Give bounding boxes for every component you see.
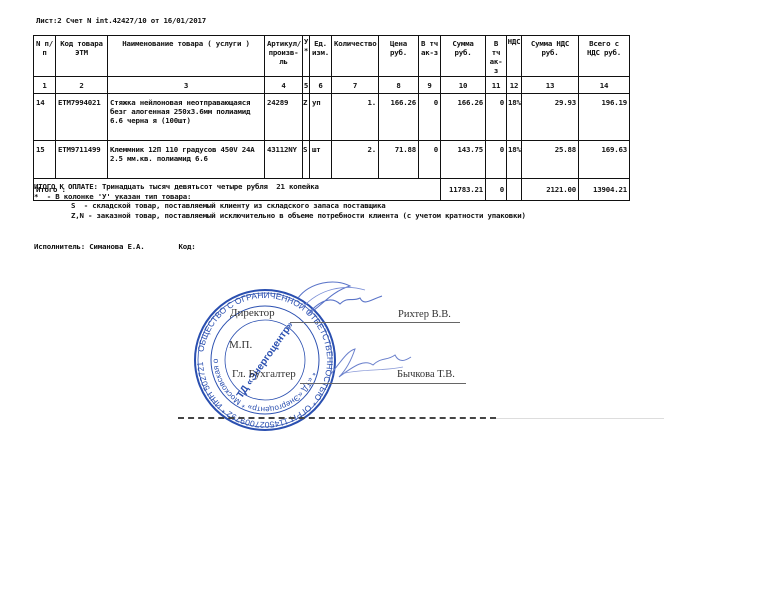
col-number: 14 bbox=[579, 77, 630, 94]
table-header-row: N п/п Код товара ЭТМ Наименование товара… bbox=[34, 36, 630, 77]
col-header: Сумма НДС руб. bbox=[522, 36, 579, 77]
col-header: Цена руб. bbox=[379, 36, 419, 77]
item-article: 43112NY bbox=[265, 141, 303, 179]
col-header: Код товара ЭТМ bbox=[56, 36, 108, 77]
item-excise-2: 0 bbox=[486, 141, 507, 179]
item-qty: 2. bbox=[332, 141, 379, 179]
item-unit: шт bbox=[310, 141, 332, 179]
accountant-signature-line bbox=[300, 383, 466, 384]
table-row: 15 ETM9711499 Клеммник 12П 110 градусов … bbox=[34, 141, 630, 179]
col-number: 13 bbox=[522, 77, 579, 94]
accountant-label: Гл. Бухгалтер bbox=[232, 368, 296, 380]
executor: Исполнитель: Симанова Е.А. bbox=[34, 242, 145, 251]
col-number: 10 bbox=[441, 77, 486, 94]
col-number: 6 bbox=[310, 77, 332, 94]
item-code: ETM9711499 bbox=[56, 141, 108, 179]
column-number-row: 1 2 3 4 5 6 7 8 9 10 11 12 13 14 bbox=[34, 77, 630, 94]
item-total: 169.63 bbox=[579, 141, 630, 179]
item-vat-sum: 25.88 bbox=[522, 141, 579, 179]
note-s: S - складской товар, поставляемый клиент… bbox=[34, 201, 526, 211]
item-name: Стяжка нейлоновая неотправающаяся безг а… bbox=[108, 94, 265, 141]
item-article: 24289 bbox=[265, 94, 303, 141]
col-number: 9 bbox=[419, 77, 441, 94]
col-header: Ед. изм. bbox=[310, 36, 332, 77]
invoice-header: Лист:2 Счет N int.42427/10 от 16/01/2017 bbox=[36, 16, 206, 25]
item-sum: 143.75 bbox=[441, 141, 486, 179]
col-number: 12 bbox=[507, 77, 522, 94]
director-name: Рихтер В.В. bbox=[398, 309, 451, 320]
col-number: 7 bbox=[332, 77, 379, 94]
item-total: 196.19 bbox=[579, 94, 630, 141]
amount-in-words: ИТОГО К ОПЛАТЕ: Тринадцать тысяч девятьс… bbox=[34, 182, 526, 192]
item-qty: 1. bbox=[332, 94, 379, 141]
col-header: N п/п bbox=[34, 36, 56, 77]
item-vat-rate: 18% bbox=[507, 141, 522, 179]
cut-line bbox=[178, 417, 496, 419]
item-vat-rate: 18% bbox=[507, 94, 522, 141]
col-header: Наименование товара ( услуги ) bbox=[108, 36, 265, 77]
col-number: 1 bbox=[34, 77, 56, 94]
item-code: ETM7994021 bbox=[56, 94, 108, 141]
col-number: 5 bbox=[303, 77, 310, 94]
col-number: 3 bbox=[108, 77, 265, 94]
item-name: Клеммник 12П 110 градусов 450V 24A 2.5 м… bbox=[108, 141, 265, 179]
stamp-place-label: М.П. bbox=[229, 339, 252, 351]
payment-notes: ИТОГО К ОПЛАТЕ: Тринадцать тысяч девятьс… bbox=[34, 182, 526, 220]
item-vat-sum: 29.93 bbox=[522, 94, 579, 141]
col-header: Всего с НДС руб. bbox=[579, 36, 630, 77]
item-price: 166.26 bbox=[379, 94, 419, 141]
row-number: 14 bbox=[34, 94, 56, 141]
col-header: Количество bbox=[332, 36, 379, 77]
accountant-signature-icon bbox=[325, 343, 415, 383]
table-row: 14 ETM7994021 Стяжка нейлоновая неотправ… bbox=[34, 94, 630, 141]
totals-vat-sum: 2121.00 bbox=[522, 179, 579, 201]
col-header: В тч ак-з bbox=[486, 36, 507, 77]
col-number: 8 bbox=[379, 77, 419, 94]
col-header: В тч ак-з bbox=[419, 36, 441, 77]
col-header: Артикул/ произв-ль bbox=[265, 36, 303, 77]
item-sum: 166.26 bbox=[441, 94, 486, 141]
cut-line-faint bbox=[496, 418, 664, 419]
col-number: 2 bbox=[56, 77, 108, 94]
item-excise: 0 bbox=[419, 141, 441, 179]
executor-line: Исполнитель: Симанова Е.А.Код: bbox=[34, 242, 196, 251]
col-header: У * bbox=[303, 36, 310, 77]
item-price: 71.88 bbox=[379, 141, 419, 179]
item-excise: 0 bbox=[419, 94, 441, 141]
code-label: Код: bbox=[179, 242, 196, 251]
director-label: Директор bbox=[230, 307, 275, 319]
director-signature-icon bbox=[290, 278, 390, 323]
item-excise-2: 0 bbox=[486, 94, 507, 141]
stamp-center-text: ТД «Энергоцентр» bbox=[235, 320, 296, 401]
note-title: * - В колонке 'У' указан тип товара: bbox=[34, 192, 526, 202]
item-type: S bbox=[303, 141, 310, 179]
invoice-table: N п/п Код товара ЭТМ Наименование товара… bbox=[33, 35, 630, 201]
note-zn: Z,N - заказной товар, поставляемый исклю… bbox=[34, 211, 526, 221]
row-number: 15 bbox=[34, 141, 56, 179]
col-header: НДС bbox=[507, 36, 522, 77]
col-number: 4 bbox=[265, 77, 303, 94]
item-type: Z bbox=[303, 94, 310, 141]
col-number: 11 bbox=[486, 77, 507, 94]
totals-total: 13904.21 bbox=[579, 179, 630, 201]
item-unit: уп bbox=[310, 94, 332, 141]
col-header: Сумма руб. bbox=[441, 36, 486, 77]
